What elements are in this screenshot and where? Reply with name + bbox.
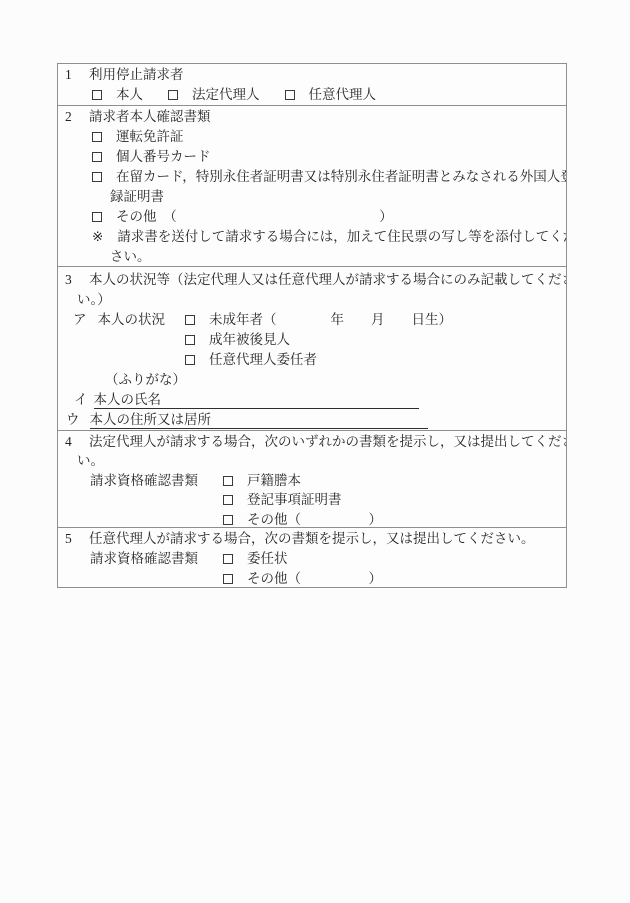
section-5-voluntary-representative-docs: 5任意代理人が請求する場合，次の書類を提示し，又は提出してください。 請求資格確… [58,527,566,587]
qualification-docs-row-registration-certificate: 登記事項証明書 [223,490,566,509]
checkbox-voluntary-representative[interactable] [285,90,295,100]
option-label-power-of-attorney: 委任状 [247,551,288,566]
checkbox-minor[interactable] [185,315,195,325]
section-1-title-line: 1利用停止請求者 [58,65,566,85]
checkbox-family-register[interactable] [223,476,233,486]
qualification-docs-row-family-register: 請求資格確認書類戸籍謄本 [90,471,566,490]
furigana-caption-line: （ふりがな） [105,370,566,390]
section-4-number: 4 [65,432,89,451]
checkbox-individual-number-card[interactable] [92,152,102,162]
qualification-docs-row-power-of-attorney: 請求資格確認書類委任状 [90,549,566,569]
checkbox-registration-certificate[interactable] [223,495,233,505]
principal-name-row: イ本人の氏名 [74,390,566,410]
status-row-minor: ア本人の状況未成年者（ 年 月 日生） [73,310,566,330]
checkbox-other-voluntary-doc[interactable] [223,574,233,584]
option-label-other-identity: その他 （ ） [116,209,393,224]
status-row-adult-ward: 成年被後見人 [185,330,566,350]
checkbox-legal-representative[interactable] [168,90,178,100]
checkbox-adult-ward[interactable] [185,335,195,345]
request-form-table: 1利用停止請求者 本人法定代理人任意代理人 2請求者本人確認書類 運転免許証 個… [57,63,567,588]
qualification-docs-row-other-legal: その他（ ） [223,510,566,527]
option-label-minor-birthdate: 未成年者（ 年 月 日生） [209,312,452,327]
section-2-number: 2 [65,107,89,127]
option-label-adult-ward: 成年被後見人 [209,332,290,347]
note-text-line1: 請求書を送付して請求する場合には，加えて住民票の写し等を添付してくだ [117,229,566,244]
option-label-self: 本人 [116,87,143,102]
section-4-legal-representative-docs: 4法定代理人が請求する場合，次のいずれかの書類を提示し，又は提出してくださ い。… [58,430,566,527]
section-3-title-line1: 3本人の状況等（法定代理人又は任意代理人が請求する場合にのみ記載してくださ [58,270,566,290]
principal-address-row: ウ本人の住所又は居所 [66,410,566,430]
section-4-title-line2: い。 [77,451,566,470]
requester-options-row: 本人法定代理人任意代理人 [92,85,566,105]
qualification-docs-row-other-voluntary: その他（ ） [223,569,566,587]
checkbox-other-identity[interactable] [92,212,102,222]
checkbox-drivers-license[interactable] [92,132,102,142]
section-4-title-line2-text: い。 [77,453,104,468]
section-4-title-line1: 4法定代理人が請求する場合，次のいずれかの書類を提示し，又は提出してくださ [58,432,566,451]
option-label-registration-certificate: 登記事項証明書 [247,492,342,507]
checkbox-self[interactable] [92,90,102,100]
option-label-other-legal-doc: その他（ ） [247,512,382,527]
checkbox-residence-card[interactable] [92,172,102,182]
section-5-title: 任意代理人が請求する場合，次の書類を提示し，又は提出してください。 [89,531,535,546]
mail-request-note-line1: ※請求書を送付して請求する場合には，加えて住民票の写し等を添付してくだ [92,227,566,247]
option-label-other-voluntary-doc: その他（ ） [247,571,382,586]
option-row-residence-card-wrap: 録証明書 [110,187,566,207]
sub-item-a-label: ア [73,310,87,330]
section-1-number: 1 [65,65,89,85]
section-4-title-line1-text: 法定代理人が請求する場合，次のいずれかの書類を提示し，又は提出してくださ [89,434,566,449]
section-1-title: 利用停止請求者 [89,67,184,82]
option-row-drivers-license: 運転免許証 [92,127,566,147]
sub-item-i-label: イ [74,392,88,407]
option-row-residence-card: 在留カード，特別永住者証明書又は特別永住者証明書とみなされる外国人登 [92,167,566,187]
furigana-caption: （ふりがな） [105,372,186,387]
option-label-family-register: 戸籍謄本 [247,473,301,488]
checkbox-voluntary-agent-delegator[interactable] [185,355,195,365]
option-label-residence-card-line2: 録証明書 [110,189,164,204]
option-label-voluntary-agent-delegator: 任意代理人委任者 [209,352,317,367]
sub-item-a-title: 本人の状況 [98,310,166,330]
section-5-number: 5 [65,529,89,549]
section-3-title-line2: い。） [77,290,566,310]
option-label-voluntary-representative: 任意代理人 [309,87,377,102]
section-3-principal-status: 3本人の状況等（法定代理人又は任意代理人が請求する場合にのみ記載してくださ い。… [58,266,566,430]
section-2-title: 請求者本人確認書類 [89,109,211,124]
form-document-page: 1利用停止請求者 本人法定代理人任意代理人 2請求者本人確認書類 運転免許証 個… [0,0,630,903]
mail-request-note-line2: さい。 [110,247,566,266]
qualification-docs-label: 請求資格確認書類 [90,471,198,490]
checkbox-power-of-attorney[interactable] [223,554,233,564]
status-row-voluntary-agent-delegator: 任意代理人委任者 [185,350,566,370]
section-1-requester: 1利用停止請求者 本人法定代理人任意代理人 [58,64,566,105]
qualification-docs-label-2: 請求資格確認書類 [90,549,198,569]
note-text-line2: さい。 [110,249,151,264]
section-3-number: 3 [65,270,89,290]
option-label-individual-number-card: 個人番号カード [116,149,211,164]
section-3-title-line1-text: 本人の状況等（法定代理人又は任意代理人が請求する場合にのみ記載してくださ [89,272,566,287]
section-5-title-line: 5任意代理人が請求する場合，次の書類を提示し，又は提出してください。 [58,529,566,549]
principal-address-field-line[interactable]: 本人の住所又は居所 [90,410,428,429]
checkbox-other-legal-doc[interactable] [223,515,233,525]
option-label-residence-card-line1: 在留カード，特別永住者証明書又は特別永住者証明書とみなされる外国人登 [116,169,566,184]
option-label-drivers-license: 運転免許証 [116,129,184,144]
option-row-individual-number-card: 個人番号カード [92,147,566,167]
section-2-title-line: 2請求者本人確認書類 [58,107,566,127]
section-3-title-line2-text: い。） [77,292,111,307]
option-label-legal-representative: 法定代理人 [192,87,260,102]
option-row-other-identity: その他 （ ） [92,207,566,227]
sub-item-u-label: ウ [66,412,80,427]
section-2-identity-documents: 2請求者本人確認書類 運転免許証 個人番号カード 在留カード，特別永住者証明書又… [58,105,566,266]
principal-name-field-line[interactable]: 本人の氏名 [94,390,419,409]
note-asterisk-mark: ※ [92,227,103,247]
